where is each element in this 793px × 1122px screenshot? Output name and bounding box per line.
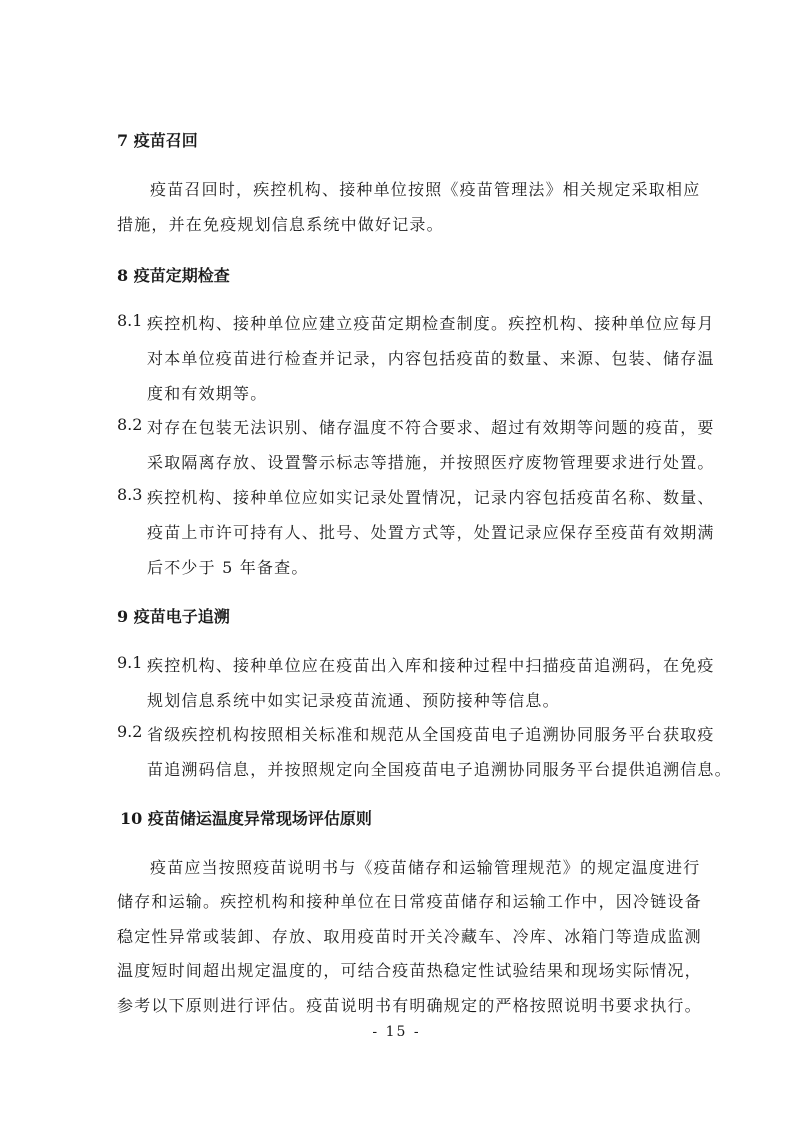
item-line: 采取隔离存放、设置警示标志等措施，并按照医疗废物管理要求进行处置。 — [147, 450, 715, 473]
paragraph-line: 储存和运输。疾控机构和接种单位在日常疫苗储存和运输工作中，因冷链设备 — [117, 889, 702, 912]
paragraph-line: 疫苗召回时，疾控机构、接种单位按照《疫苗管理法》相关规定采取相应 — [150, 177, 700, 200]
paragraph-line: 温度短时间超出规定温度的，可结合疫苗热稳定性试验结果和现场实际情况， — [117, 958, 702, 981]
item-line: 疾控机构、接种单位应建立疫苗定期检查制度。疾控机构、接种单位应每月 — [147, 311, 715, 334]
item-number-9-1: 9.1 — [117, 653, 142, 672]
paragraph-line: 疫苗应当按照疫苗说明书与《疫苗储存和运输管理规范》的规定温度进行 — [150, 855, 700, 878]
item-line: 疾控机构、接种单位应如实记录处置情况，记录内容包括疫苗名称、数量、 — [147, 485, 715, 508]
item-line: 对本单位疫苗进行检查并记录，内容包括疫苗的数量、来源、包装、储存温 — [147, 346, 715, 369]
item-line: 苗追溯码信息，并按照规定向全国疫苗电子追溯协同服务平台提供追溯信息。 — [147, 757, 732, 780]
item-line: 疾控机构、接种单位应在疫苗出入库和接种过程中扫描疫苗追溯码，在免疫 — [147, 653, 715, 676]
item-line: 省级疾控机构按照相关标准和规范从全国疫苗电子追溯协同服务平台获取疫 — [147, 722, 715, 745]
page-number: - 15 - — [0, 1024, 793, 1040]
item-number-8-3: 8.3 — [117, 485, 142, 504]
item-number-9-2: 9.2 — [117, 722, 142, 741]
item-number-8-1: 8.1 — [117, 311, 142, 330]
item-line: 度和有效期等。 — [147, 381, 267, 404]
item-number-8-2: 8.2 — [117, 415, 142, 434]
section-heading-8: 8 疫苗定期检查 — [117, 263, 230, 286]
item-line: 规划信息系统中如实记录疫苗流通、预防接种等信息。 — [147, 688, 560, 711]
item-line: 后不少于 5 年备查。 — [147, 555, 309, 578]
section-heading-10: 10 疫苗储运温度异常现场评估原则 — [120, 806, 372, 829]
paragraph-line: 稳定性异常或装卸、存放、取用疫苗时开关冷藏车、冷库、冰箱门等造成监测 — [117, 924, 702, 947]
section-heading-9: 9 疫苗电子追溯 — [117, 604, 230, 627]
document-page: 7 疫苗召回 疫苗召回时，疾控机构、接种单位按照《疫苗管理法》相关规定采取相应 … — [0, 0, 793, 1122]
section-heading-7: 7 疫苗召回 — [117, 128, 198, 151]
paragraph-line: 措施，并在免疫规划信息系统中做好记录。 — [117, 212, 444, 235]
paragraph-line: 参考以下原则进行评估。疫苗说明书有明确规定的严格按照说明书要求执行。 — [117, 993, 702, 1016]
item-line: 疫苗上市许可持有人、批号、处置方式等，处置记录应保存至疫苗有效期满 — [147, 520, 715, 543]
item-line: 对存在包装无法识别、储存温度不符合要求、超过有效期等问题的疫苗，要 — [147, 415, 715, 438]
